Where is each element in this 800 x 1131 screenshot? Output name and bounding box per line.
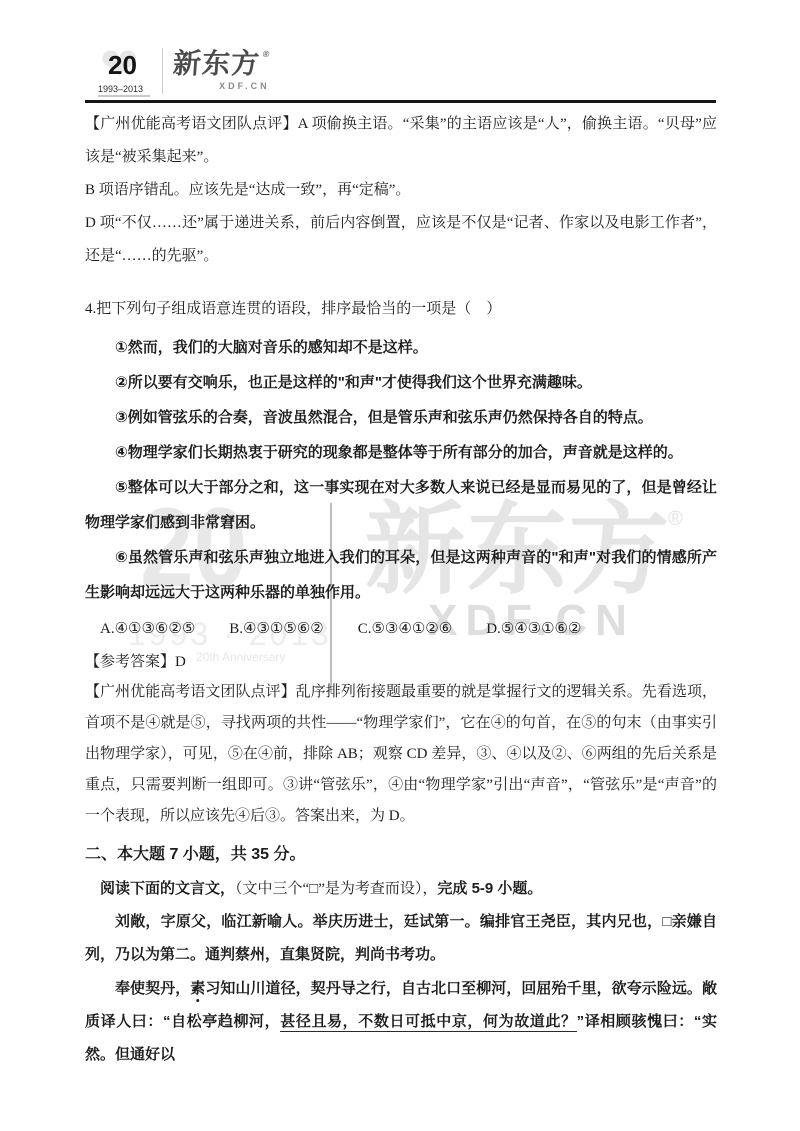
intro-tail: 完成 5-9 小题。 xyxy=(437,880,542,897)
option-d: D.⑤④③①⑥② xyxy=(486,613,581,646)
logo-divider xyxy=(162,48,163,94)
comment3-paragraph-d: D 项“不仅……还”属于递进关系，前后内容倒置，应该是不仅是“记者、作家以及电影… xyxy=(85,207,717,273)
page-header: ❤ 20 1993–2013 新东方® XDF.CN xyxy=(98,46,270,98)
comment3-paragraph-a: 【广州优能高考语文团队点评】A 项偷换主语。“采集”的主语应该是“人”，偷换主语… xyxy=(85,108,717,174)
option-a: A.④①③⑥②⑤ xyxy=(100,613,195,646)
badge-microtext xyxy=(98,95,150,97)
intro-lead: 阅读下面的文言文， xyxy=(100,880,235,897)
anniversary-badge: ❤ 20 1993–2013 xyxy=(98,46,154,98)
badge-number: 20 xyxy=(108,50,137,81)
registered-icon: ® xyxy=(262,49,270,59)
brand-name: 新东方® xyxy=(172,50,271,78)
sentence-item-1: ①然而，我们的大脑对音乐的感知却不是这样。 xyxy=(85,330,717,365)
brand-logo: 新东方® XDF.CN xyxy=(173,46,270,91)
question4-stem: 4.把下列句子组成语意连贯的语段，排序最恰当的一项是（ ） xyxy=(85,293,717,326)
comment-question4: 【广州优能高考语文团队点评】乱序排列衔接题最重要的就是掌握行文的逻辑关系。先看选… xyxy=(85,677,717,832)
para2-underlined-clause: 甚径且易，不数日可抵中京，何为故道此？ xyxy=(280,1013,576,1032)
classical-paragraph-1: 刘敞，字原父，临江新喻人。举庆历进士，廷试第一。编排官王尧臣，其内兄也，□亲嫌自… xyxy=(85,905,717,971)
badge-years: 1993–2013 xyxy=(98,84,143,94)
sentence-item-3: ③例如管弦乐的合奏，音波虽然混合，但是管乐声和弦乐声仍然保持各自的特点。 xyxy=(85,400,717,435)
brand-text: 新东方 xyxy=(172,48,261,79)
comment-question3: 【广州优能高考语文团队点评】A 项偷换主语。“采集”的主语应该是“人”，偷换主语… xyxy=(85,108,717,273)
para2-lead: 奉使契丹， xyxy=(115,980,190,997)
question4-sentences: ①然而，我们的大脑对音乐的感知却不是这样。 ②所以要有交响乐，也正是这样的"和声… xyxy=(85,330,717,610)
comment3-paragraph-b: B 项语序错乱。应该先是“达成一致”，再“定稿”。 xyxy=(85,174,717,207)
option-b: B.④③①⑤⑥② xyxy=(229,613,323,646)
sentence-item-6: ⑥虽然管乐声和弦乐声独立地进入我们的耳朵，但是这两种声音的"和声"对我们的情感所… xyxy=(85,540,717,610)
intro-note: （文中三个“□”是为考查而设）， xyxy=(235,881,437,897)
classical-paragraph-2: 奉使契丹，素习知山川道径，契丹导之行，自古北口至柳河，回屈殆千里，欲夸示险远。敞… xyxy=(85,972,717,1071)
section2-intro: 阅读下面的文言文，（文中三个“□”是为考查而设），完成 5-9 小题。 xyxy=(85,872,717,906)
header-rule xyxy=(85,100,716,103)
section2-heading: 二、本大题 7 小题，共 35 分。 xyxy=(85,840,717,870)
sentence-item-4: ④物理学家们长期热衷于研究的现象都是整体等于所有部分的加合，声音就是这样的。 xyxy=(85,435,717,470)
para2-emphasis-char: 素 xyxy=(190,980,205,997)
option-c: C.⑤③④①②⑥ xyxy=(358,613,452,646)
sentence-item-5: ⑤整体可以大于部分之和，这一事实现在对大多数人来说已经是显而易见的了，但是曾经让… xyxy=(85,470,717,540)
reference-answer: 【参考答案】D xyxy=(85,646,717,679)
brand-domain: XDF.CN xyxy=(173,81,270,91)
sentence-item-2: ②所以要有交响乐，也正是这样的"和声"才使得我们这个世界充满趣味。 xyxy=(85,365,717,400)
question4-options: A.④①③⑥②⑤ B.④③①⑤⑥② C.⑤③④①②⑥ D.⑤④③①⑥② xyxy=(85,613,717,646)
